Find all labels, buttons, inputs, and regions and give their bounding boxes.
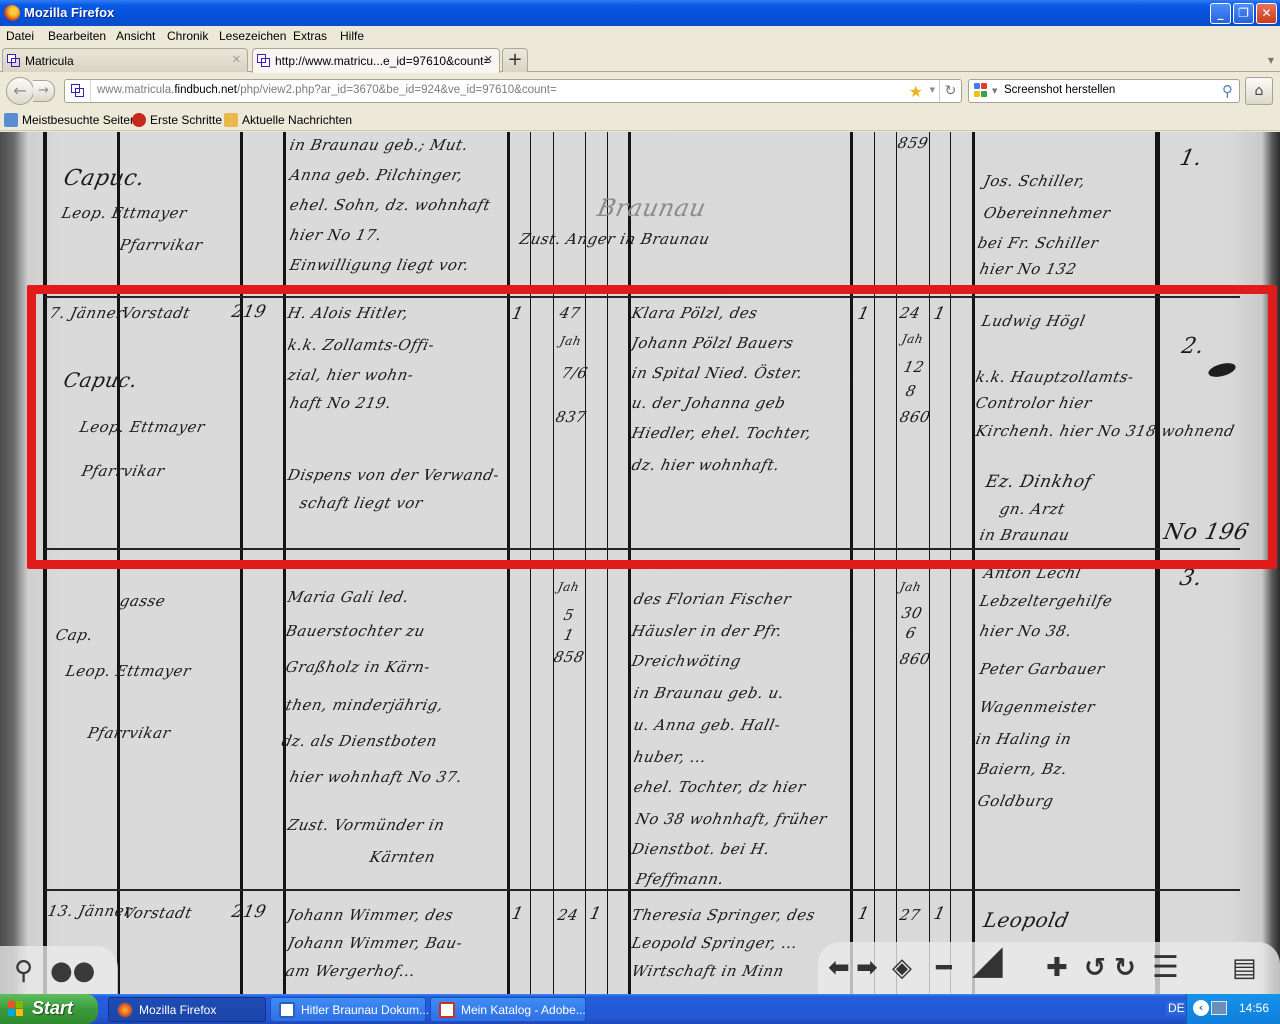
handwritten-text: Häusler in der Pfr.: [630, 622, 784, 640]
bookmark-label: Erste Schritte: [150, 113, 222, 127]
handwritten-text: Dreichwöting: [630, 652, 743, 670]
url-prefix: www.matricula.: [97, 84, 174, 96]
handwritten-text: in Braunau geb.; Mut.: [288, 136, 470, 154]
handwritten-text: Jah: [557, 580, 581, 594]
tab-current-page[interactable]: http://www.matricu...e_id=97610&count= ✕: [252, 48, 500, 73]
handwritten-text: Leop. Ettmayer: [60, 204, 189, 222]
handwritten-text: Dienstbot. bei H.: [630, 840, 772, 858]
reload-button[interactable]: ↻: [939, 80, 961, 102]
zoom-in-icon[interactable]: ✚: [1046, 954, 1068, 982]
handwritten-text: Vorstadt: [122, 904, 194, 922]
handwritten-text: Capuc.: [61, 166, 147, 191]
handwritten-text: hier wohnhaft No 37.: [288, 768, 464, 786]
entry-number: 1.: [1177, 146, 1204, 171]
pencil-annotation: Braunau: [595, 194, 709, 222]
handwritten-number: 6: [904, 624, 918, 642]
search-icon[interactable]: ⚲: [14, 956, 33, 986]
handwritten-text: gasse: [118, 592, 167, 610]
entry-date: 13. Jänner: [46, 902, 134, 920]
bookmark-aktuelle-nachrichten[interactable]: Aktuelle Nachrichten: [224, 113, 352, 127]
row-divider: [45, 889, 1240, 891]
bookmark-erste-schritte[interactable]: Erste Schritte: [132, 113, 222, 127]
back-button[interactable]: ←: [6, 77, 34, 105]
rotate-left-icon[interactable]: ↺: [1084, 954, 1106, 982]
rotate-right-icon[interactable]: ↻: [1114, 954, 1136, 982]
bookmark-meistbesuchte-seiten[interactable]: Meistbesuchte Seiten: [4, 113, 137, 127]
tab-bar: Matricula ✕ http://www.matricu...e_id=97…: [0, 46, 1280, 72]
users-icon[interactable]: ●●: [50, 956, 95, 986]
url-text[interactable]: www.matricula.findbuch.net/php/view2.php…: [97, 84, 557, 96]
handwritten-text: des Florian Fischer: [632, 590, 793, 608]
url-domain: findbuch.net: [174, 84, 237, 96]
word-document-icon: [279, 1002, 295, 1018]
title-bar: Mozilla Firefox _ ❐ ✕: [0, 0, 1280, 26]
arrow-right-icon[interactable]: ➡: [856, 954, 878, 982]
navigation-bar: ← → www.matricula.findbuch.net/php/view2…: [0, 73, 1280, 109]
handwritten-number: 27: [898, 906, 922, 924]
handwritten-text: bei Fr. Schiller: [976, 234, 1100, 252]
url-path: /php/view2.php?ar_id=3670&be_id=924&ve_i…: [237, 84, 557, 96]
handwritten-text: huber, ...: [632, 748, 708, 766]
handwritten-text: Pfeffmann.: [634, 870, 726, 888]
bookmark-label: Meistbesuchte Seiten: [22, 113, 137, 127]
menu-chronik[interactable]: Chronik: [167, 29, 208, 43]
document-viewer[interactable]: Braunau Capuc. Leop. Ettmayer Pfarrvikar…: [0, 132, 1280, 994]
search-input[interactable]: Screenshot herstellen: [1004, 84, 1115, 96]
handwritten-text: in Haling in: [974, 730, 1073, 748]
start-button[interactable]: Start: [0, 994, 98, 1024]
handwritten-text: Leopold: [981, 908, 1071, 932]
handwritten-text: am Wergerhof...: [284, 962, 417, 980]
viewer-toolbar-left: ⚲ ●●: [0, 946, 118, 994]
bookmark-star-icon[interactable]: ★: [909, 82, 923, 101]
handwritten-number: 1: [562, 626, 576, 644]
handwritten-text: Zust. Vormünder in: [286, 816, 446, 834]
task-word-document[interactable]: Hitler Braunau Dokum...: [270, 997, 426, 1022]
pan-icon[interactable]: ◈: [892, 954, 912, 982]
handwritten-text: u. Anna geb. Hall-: [632, 716, 782, 734]
handwritten-text: Obereinnehmer: [982, 204, 1112, 222]
handwritten-number: 859: [896, 134, 930, 152]
taskbar: Start Mozilla Firefox Hitler Braunau Dok…: [0, 994, 1280, 1024]
handwritten-text: Wirtschaft in Minn: [630, 962, 786, 980]
highlight-rectangle: [27, 285, 1277, 569]
minimize-button[interactable]: _: [1210, 3, 1231, 24]
zoom-slider-icon[interactable]: ◢: [972, 946, 1003, 974]
system-tray: ‹ 14:56: [1186, 994, 1280, 1024]
handwritten-text: No 38 wohnhaft, früher: [634, 810, 829, 828]
handwritten-number: 1: [588, 904, 604, 924]
handwritten-text: hier No 132: [978, 260, 1078, 278]
google-search-engine-icon[interactable]: [974, 83, 988, 99]
handwritten-text: Johann Wimmer, des: [286, 906, 455, 924]
task-mozilla-firefox[interactable]: Mozilla Firefox: [108, 997, 266, 1022]
handwritten-text: Cap.: [54, 626, 95, 644]
history-dropdown-icon[interactable]: ▼: [930, 86, 935, 94]
handwritten-text: hier No 17.: [288, 226, 383, 244]
firefox-window: Mozilla Firefox _ ❐ ✕ Datei Bearbeiten A…: [0, 0, 1280, 1024]
url-bar[interactable]: www.matricula.findbuch.net/php/view2.php…: [64, 79, 962, 103]
task-adobe-catalog[interactable]: Mein Katalog - Adobe...: [430, 997, 586, 1022]
arrow-left-icon[interactable]: ⬅: [828, 954, 850, 982]
tab-matricula[interactable]: Matricula ✕: [2, 48, 248, 72]
handwritten-text: Maria Gali led.: [286, 588, 411, 606]
adjust-sliders-icon[interactable]: ☰: [1152, 954, 1179, 982]
handwritten-text: Johann Wimmer, Bau-: [286, 934, 464, 952]
matricula-favicon-icon: [7, 54, 21, 68]
start-label: Start: [32, 998, 73, 1019]
matricula-favicon-icon: [257, 54, 271, 68]
network-icon[interactable]: [1211, 1001, 1227, 1015]
handwritten-text: Lebzeltergehilfe: [978, 592, 1114, 610]
menu-datei[interactable]: Datei: [6, 29, 34, 43]
close-tab-icon[interactable]: ✕: [484, 53, 493, 66]
firefox-icon: [132, 113, 146, 127]
handwritten-number: 1: [856, 904, 872, 924]
handwritten-text: Goldburg: [976, 792, 1055, 810]
menu-bearbeiten[interactable]: Bearbeiten: [48, 29, 106, 43]
handwritten-text: Leopold Springer, ...: [630, 934, 799, 952]
handwritten-text: Graßholz in Kärn-: [284, 658, 432, 676]
menu-extras[interactable]: Extras: [293, 29, 327, 43]
task-label: Mein Katalog - Adobe...: [461, 1003, 586, 1017]
clock: 14:56: [1239, 1001, 1269, 1015]
handwritten-text: Anna geb. Pilchinger,: [288, 166, 465, 184]
windows-logo-icon: [8, 1001, 24, 1017]
handwritten-text: ehel. Tochter, dz hier: [632, 778, 807, 796]
close-tab-icon[interactable]: ✕: [232, 53, 241, 66]
menu-bar: Datei Bearbeiten Ansicht Chronik Lesezei…: [0, 26, 1280, 46]
menu-lesezeichen[interactable]: Lesezeichen: [219, 29, 286, 43]
handwritten-number: 1: [932, 904, 948, 924]
task-label: Mozilla Firefox: [139, 1003, 216, 1017]
firefox-icon: [4, 5, 20, 21]
handwritten-text: in Braunau geb. u.: [632, 684, 786, 702]
handwritten-number: 24: [556, 906, 580, 924]
entry-number: 3.: [1177, 566, 1204, 591]
handwritten-text: then, minderjährig,: [284, 696, 445, 714]
handwritten-text: Zust. Anger in Braunau: [518, 230, 711, 248]
handwritten-text: ehel. Sohn, dz. wohnhaft: [288, 196, 492, 214]
tab-label: Matricula: [25, 54, 74, 68]
handwritten-text: Leop. Ettmayer: [64, 662, 193, 680]
page-menu-icon[interactable]: ▤: [1232, 954, 1257, 982]
handwritten-text: Pfarrvikar: [118, 236, 204, 254]
menu-hilfe[interactable]: Hilfe: [340, 29, 364, 43]
close-button[interactable]: ✕: [1256, 3, 1277, 24]
magnifier-icon[interactable]: ⚲: [1222, 82, 1233, 100]
handwritten-number: 30: [900, 604, 924, 622]
handwritten-number: 5: [562, 606, 576, 624]
folder-search-icon: [4, 113, 18, 127]
handwritten-text: Peter Garbauer: [978, 660, 1106, 678]
menu-ansicht[interactable]: Ansicht: [116, 29, 155, 43]
forward-button[interactable]: →: [33, 80, 55, 102]
handwritten-number: 860: [898, 650, 932, 668]
handwritten-text: Wagenmeister: [978, 698, 1097, 716]
site-identity-icon[interactable]: [71, 84, 85, 98]
handwritten-text: Kärnten: [368, 848, 437, 866]
handwritten-number: 858: [552, 648, 586, 666]
home-button[interactable]: ⌂: [1245, 77, 1273, 105]
handwritten-text: Einwilligung liegt vor.: [288, 256, 471, 274]
handwritten-text: Theresia Springer, des: [630, 906, 817, 924]
handwritten-number: 1: [510, 904, 526, 924]
window-title: Mozilla Firefox: [24, 5, 114, 20]
search-engine-dropdown-icon[interactable]: ▼: [992, 87, 997, 95]
search-box[interactable]: ▼ Screenshot herstellen ⚲: [968, 79, 1240, 103]
handwritten-text: Bauerstochter zu: [284, 622, 427, 640]
tab-label: http://www.matricu...e_id=97610&count=: [275, 54, 490, 68]
adobe-icon: [439, 1002, 455, 1018]
viewer-toolbar-right: ⬅ ➡ ◈ ━ ◢ ✚ ↺ ↻ ☰ ▤: [818, 942, 1280, 994]
handwritten-text: Pfarrvikar: [86, 724, 172, 742]
handwritten-text: dz. als Dienstboten: [280, 732, 439, 750]
show-hidden-icons-button[interactable]: ‹: [1193, 1000, 1209, 1016]
divider: [90, 80, 91, 102]
handwritten-text: Jos. Schiller,: [982, 172, 1087, 190]
task-label: Hitler Braunau Dokum...: [301, 1003, 429, 1017]
bookmarks-toolbar: Meistbesuchte Seiten Erste Schritte Aktu…: [0, 110, 1280, 131]
list-all-tabs-icon[interactable]: ▼: [1268, 56, 1274, 65]
house-number: 219: [230, 902, 268, 922]
language-indicator[interactable]: DE: [1166, 1001, 1187, 1015]
rss-icon: [224, 113, 238, 127]
zoom-out-icon[interactable]: ━: [936, 954, 952, 982]
handwritten-text: Jah: [899, 580, 923, 594]
maximize-button[interactable]: ❐: [1233, 3, 1254, 24]
handwritten-text: Baiern, Bz.: [976, 760, 1069, 778]
bookmark-label: Aktuelle Nachrichten: [242, 113, 352, 127]
firefox-icon: [117, 1002, 133, 1018]
new-tab-button[interactable]: +: [502, 48, 528, 72]
handwritten-text: hier No 38.: [978, 622, 1073, 640]
